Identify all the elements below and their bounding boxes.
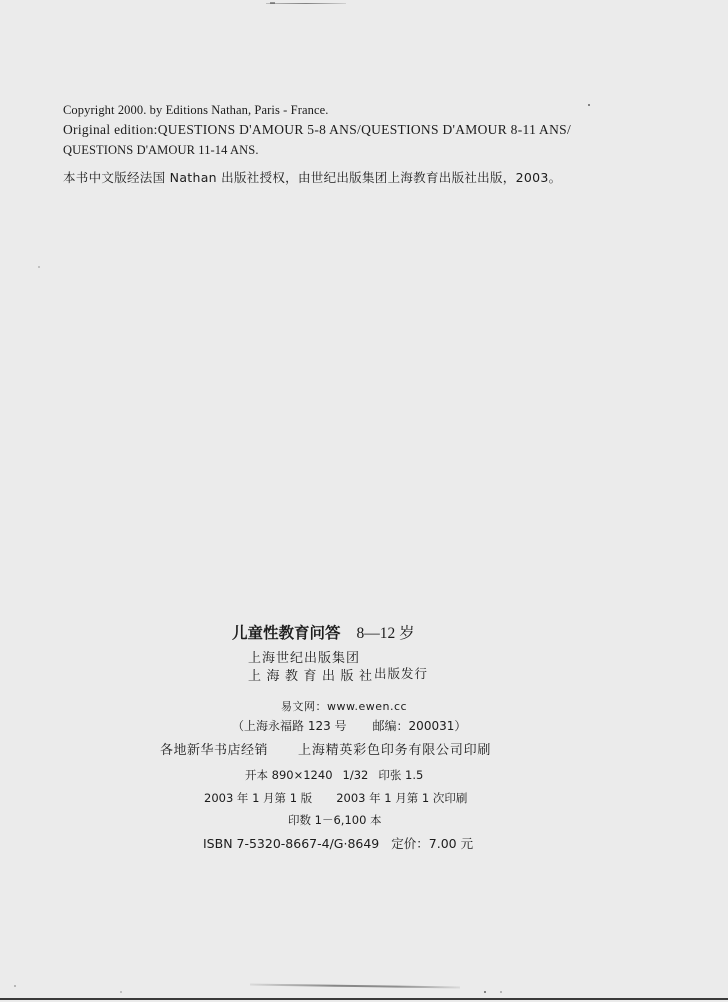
isbn-price-row: ISBN 7-5320-8667-4/G·8649定价：7.00 元 [203, 834, 473, 852]
scan-artifact-top [266, 3, 346, 4]
printing: 2003 年 1 月第 1 次印刷 [336, 791, 467, 805]
chinese-rights-statement: 本书中文版经法国 Nathan 出版社授权，由世纪出版集团上海教育出版社出版，2… [63, 168, 683, 188]
fold: 1/32 [343, 768, 369, 782]
scan-speck [484, 991, 486, 993]
printed-sheets: 印张 1.5 [378, 768, 423, 782]
format-spec-row: 开本 890×12401/32印张 1.5 [245, 767, 433, 783]
book-title-row: 儿童性教育问答8—12 岁 [232, 622, 415, 645]
edition-row: 2003 年 1 月第 1 版2003 年 1 月第 1 次印刷 [204, 790, 467, 806]
scan-speck [500, 991, 502, 993]
original-edition-line: Original edition:QUESTIONS D'AMOUR 5-8 A… [63, 120, 683, 140]
copyright-block: Copyright 2000. by Editions Nathan, Pari… [63, 100, 683, 188]
scan-speck [38, 266, 40, 268]
price: 定价：7.00 元 [391, 836, 473, 851]
address: （上海永福路 123 号 [232, 719, 347, 733]
book-title: 儿童性教育问答 [232, 624, 341, 642]
publisher-name: 上海教育出版社 [248, 668, 378, 686]
postcode: 邮编：200031） [373, 719, 467, 733]
publisher-group: 上海世纪出版集团 [248, 650, 378, 668]
page-format: 开本 890×1240 [245, 768, 333, 782]
distributor: 各地新华书店经销 [160, 743, 268, 758]
original-edition-line-cont: QUESTIONS D'AMOUR 11-14 ANS. [63, 140, 683, 160]
print-run: 印数 1－6,100 本 [288, 812, 382, 828]
scanned-copyright-page: Copyright 2000. by Editions Nathan, Pari… [0, 0, 728, 1002]
distribution-row: 各地新华书店经销上海精英彩色印务有限公司印刷 [160, 739, 491, 758]
publish-distribute-label: 出版发行 [374, 664, 428, 682]
website: 易文网：www.ewen.cc [281, 698, 407, 714]
scan-speck [14, 985, 16, 987]
copyright-notice: Copyright 2000. by Editions Nathan, Pari… [63, 100, 683, 120]
edition: 2003 年 1 月第 1 版 [204, 791, 312, 805]
publishers: 上海世纪出版集团 上海教育出版社 [248, 650, 378, 686]
scan-page-edge [0, 998, 728, 1000]
printer: 上海精英彩色印务有限公司印刷 [298, 743, 491, 758]
scan-artifact-top-mark [270, 2, 275, 4]
scan-speck [120, 991, 122, 993]
age-range: 8—12 岁 [357, 625, 415, 642]
isbn: ISBN 7-5320-8667-4/G·8649 [203, 836, 379, 851]
scan-artifact-bottom-line [250, 984, 460, 989]
address-row: （上海永福路 123 号邮编：200031） [232, 717, 466, 734]
